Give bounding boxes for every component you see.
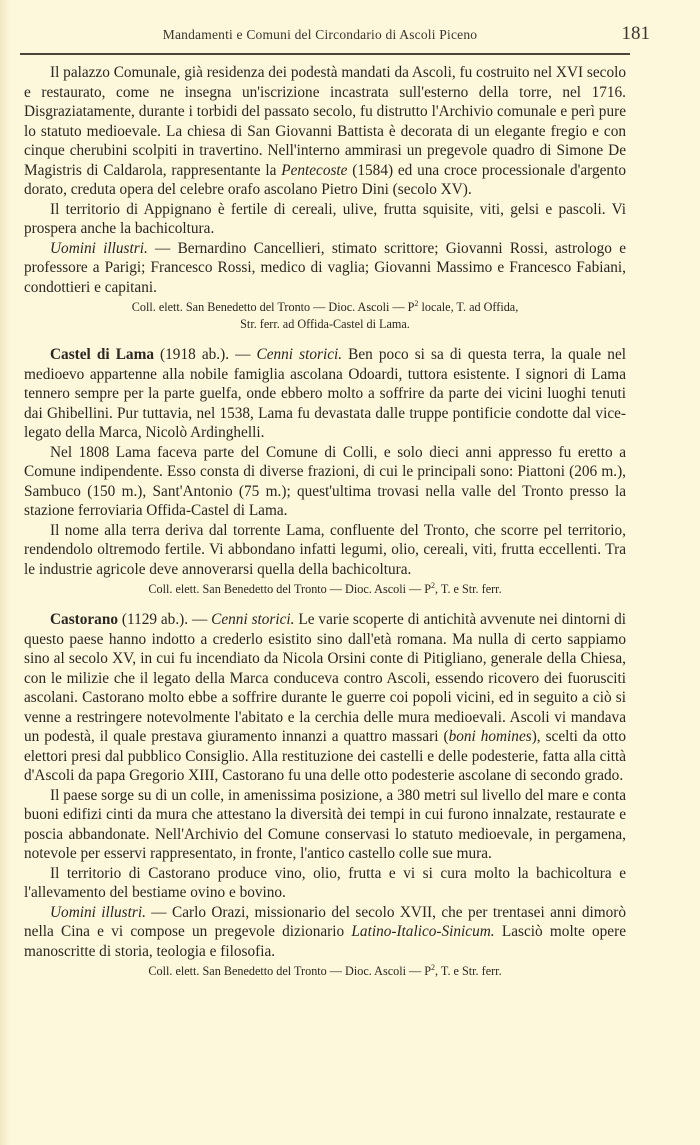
paragraph-cenni-storici: Castel di Lama (1918 ab.). — Cenni stori…: [24, 345, 626, 443]
italic-term: Latino-Italico-Sinicum.: [351, 923, 494, 940]
text: locale, T. ad Offida,: [418, 300, 518, 314]
paragraph-frazioni: Nel 1808 Lama faceva parte del Comune di…: [24, 443, 626, 521]
subheading-uomini-illustri: Uomini illustri.: [50, 240, 148, 257]
text: , T. e Str. ferr.: [435, 582, 502, 596]
collegio-line: Coll. elett. San Benedetto del Tronto — …: [24, 581, 626, 598]
paragraph-uomini-illustri: Uomini illustri. — Bernardino Cancellier…: [24, 239, 626, 298]
paragraph-paese: Il paese sorge su di un colle, in amenis…: [24, 786, 626, 864]
section-castel-di-lama: Castel di Lama (1918 ab.). — Cenni stori…: [24, 345, 626, 598]
collegio-info: Coll. elett. San Benedetto del Tronto — …: [24, 581, 626, 598]
paragraph-uomini-illustri: Uomini illustri. — Carlo Orazi, missiona…: [24, 903, 626, 962]
paragraph-cenni-storici: Castorano (1129 ab.). — Cenni storici. L…: [24, 610, 626, 786]
text: Le varie scoperte di antichità avvenute …: [24, 611, 626, 745]
collegio-info: Coll. elett. San Benedetto del Tronto — …: [24, 963, 626, 980]
subheading-cenni-storici: Cenni storici.: [257, 346, 343, 363]
running-head: Mandamenti e Comuni del Circondario di A…: [20, 18, 660, 48]
header-rule: [20, 53, 630, 55]
page-body: Il palazzo Comunale, già residenza dei p…: [24, 63, 626, 992]
paragraph-territorio: Il territorio di Appignano è fertile di …: [24, 200, 626, 239]
section-appignano: Il palazzo Comunale, già residenza dei p…: [24, 63, 626, 333]
italic-term: boni homines: [449, 728, 532, 745]
running-title: Mandamenti e Comuni del Circondario di A…: [20, 27, 620, 43]
paragraph-palazzo-comunale: Il palazzo Comunale, già residenza dei p…: [24, 63, 626, 200]
paragraph-territorio: Il territorio di Castorano produce vino,…: [24, 864, 626, 903]
population: (1129 ab.). —: [118, 611, 211, 628]
collegio-info: Coll. elett. San Benedetto del Tronto — …: [24, 299, 626, 333]
entry-title: Castel di Lama: [50, 346, 154, 363]
italic-term: Pentecoste: [281, 162, 347, 179]
paragraph-nome: Il nome alla terra deriva dal torrente L…: [24, 521, 626, 580]
subheading-uomini-illustri: Uomini illustri.: [50, 904, 146, 921]
text: Coll. elett. San Benedetto del Tronto — …: [132, 300, 415, 314]
page-number: 181: [622, 23, 651, 45]
subheading-cenni-storici: Cenni storici.: [211, 611, 294, 628]
collegio-line-1: Coll. elett. San Benedetto del Tronto — …: [24, 299, 626, 316]
section-castorano: Castorano (1129 ab.). — Cenni storici. L…: [24, 610, 626, 980]
collegio-line-2: Str. ferr. ad Offida-Castel di Lama.: [24, 316, 626, 333]
text: Coll. elett. San Benedetto del Tronto — …: [148, 964, 431, 978]
population: (1918 ab.). —: [154, 346, 257, 363]
text: Coll. elett. San Benedetto del Tronto — …: [148, 582, 431, 596]
text: , T. e Str. ferr.: [435, 964, 502, 978]
page-edge-shadow: [0, 0, 10, 1145]
entry-title: Castorano: [50, 611, 118, 628]
collegio-line: Coll. elett. San Benedetto del Tronto — …: [24, 963, 626, 980]
